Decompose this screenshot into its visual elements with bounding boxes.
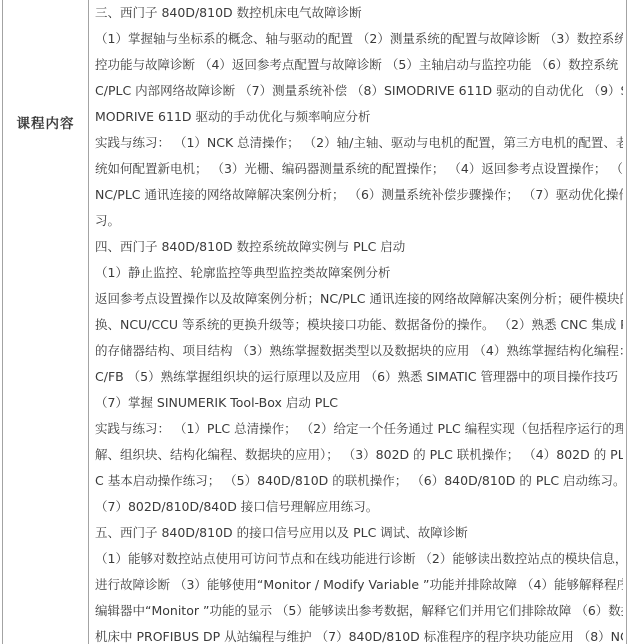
content-line: 解、组织块、结构化编程、数据块的应用）； （3）802D 的 PLC 联机操作；… xyxy=(95,442,623,468)
content-line: 实践与练习： （1）PLC 总清操作； （2）给定一个任务通过 PLC 编程实现… xyxy=(95,416,623,442)
content-line: （1）能够对数控站点使用可访问节点和在线功能进行诊断 （2）能够读出数控站点的模… xyxy=(95,546,623,572)
content-line: MODRIVE 611D 驱动的手动优化与频率响应分析 xyxy=(95,104,623,130)
content-line: 三、西门子 840D/810D 数控机床电气故障诊断 xyxy=(95,0,623,26)
content-line: （7）掌握 SINUMERIK Tool-Box 启动 PLC xyxy=(95,390,623,416)
table-content-cell: 三、西门子 840D/810D 数控机床电气故障诊断（1）掌握轴与坐标系的概念、… xyxy=(89,0,626,644)
content-line: 统如何配置新电机； （3）光栅、编码器测量系统的配置操作； （4）返回参考点设置… xyxy=(95,156,623,182)
content-line: 进行故障诊断 （3）能够使用“Monitor / Modify Variable… xyxy=(95,572,623,598)
content-line: （7）802D/810D/840D 接口信号理解应用练习。 xyxy=(95,494,623,520)
row-label: 课程内容 xyxy=(3,112,88,132)
content-line: 四、西门子 840D/810D 数控系统故障实例与 PLC 启动 xyxy=(95,234,623,260)
content-line: （1）掌握轴与坐标系的概念、轴与驱动的配置 （2）测量系统的配置与故障诊断 （3… xyxy=(95,26,623,52)
content-line: C/FB （5）熟练掌握组织块的运行原理以及应用 （6）熟悉 SIMATIC 管… xyxy=(95,364,623,390)
content-line: 的存储器结构、项目结构 （3）熟练掌握数据类型以及数据块的应用 （4）熟练掌握结… xyxy=(95,338,623,364)
content-line: 五、西门子 840D/810D 的接口信号应用以及 PLC 调试、故障诊断 xyxy=(95,520,623,546)
content-line: 机床中 PROFIBUS DP 从站编程与维护 （7）840D/810D 标准程… xyxy=(95,624,623,644)
content-line: 编辑器中“Monitor ”功能的显示 （5）能够读出参考数据，解释它们并用它们… xyxy=(95,598,623,624)
content-line: 实践与练习： （1）NCK 总清操作； （2）轴/主轴、驱动与电机的配置，第三方… xyxy=(95,130,623,156)
content-line: 控功能与故障诊断 （4）返回参考点配置与故障诊断 （5）主轴启动与监控功能 （6… xyxy=(95,52,623,78)
content-line: C/PLC 内部网络故障诊断 （7）测量系统补偿 （8）SIMODRIVE 61… xyxy=(95,78,623,104)
content-lines: 三、西门子 840D/810D 数控机床电气故障诊断（1）掌握轴与坐标系的概念、… xyxy=(95,0,623,644)
content-line: 习。 xyxy=(95,208,623,234)
content-line: 返回参考点设置操作以及故障案例分析；NC/PLC 通讯连接的网络故障解决案例分析… xyxy=(95,286,623,312)
table-label-cell: 课程内容 xyxy=(3,0,89,644)
content-line: C 基本启动操作练习； （5）840D/810D 的联机操作； （6）840D/… xyxy=(95,468,623,494)
content-line: 换、NCU/CCU 等系统的更换升级等；模块接口功能、数据备份的操作。 （2）熟… xyxy=(95,312,623,338)
course-content-table: 课程内容 三、西门子 840D/810D 数控机床电气故障诊断（1）掌握轴与坐标… xyxy=(2,0,627,644)
content-line: NC/PLC 通讯连接的网络故障解决案例分析； （6）测量系统补偿步骤操作； （… xyxy=(95,182,623,208)
content-line: （1）静止监控、轮廓监控等典型监控类故障案例分析 xyxy=(95,260,623,286)
